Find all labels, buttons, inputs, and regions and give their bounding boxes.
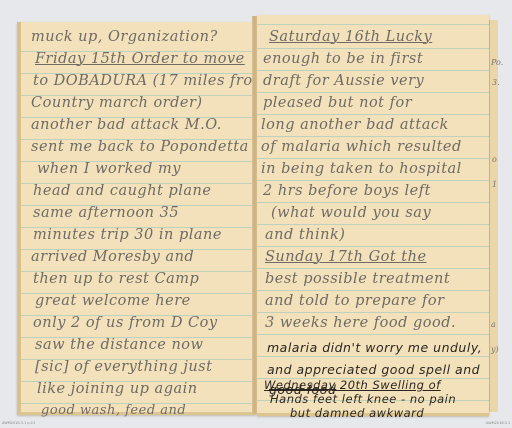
text-line: of malaria which resulted <box>261 139 462 155</box>
text-line: in being taken to hospital <box>261 161 462 177</box>
edge-mark: 1 <box>492 180 497 189</box>
date-heading: Friday 15th Order to move <box>35 51 245 67</box>
edge-mark: 3. <box>492 78 500 87</box>
left-page: muck up, Organization? Friday 15th Order… <box>17 22 256 415</box>
date-heading: Wednesday 20th Swelling of <box>264 378 441 392</box>
text-line: muck up, Organization? <box>31 29 218 45</box>
page-edge-stack: Po. 3. o 1 a y) <box>489 20 498 412</box>
text-line: pleased but not for <box>263 95 412 111</box>
text-line: 3 weeks here food good. <box>265 315 456 331</box>
text-line: head and caught plane <box>33 183 211 199</box>
text-line: [sic] of everything just <box>35 359 212 375</box>
text-line: sent me back to Popondetta <box>31 139 249 155</box>
archive-caption-left: AWM2018.3.1 p.13 <box>2 421 35 425</box>
text-line: minutes trip 30 in plane <box>33 227 222 243</box>
text-line: and think) <box>265 227 345 243</box>
text-line: arrived Moresby and <box>31 249 194 265</box>
edge-mark: o <box>492 155 497 164</box>
text-line: good wash, feed and <box>41 403 186 418</box>
edge-mark: Po. <box>491 58 503 67</box>
text-line: Country march order) <box>31 95 203 111</box>
text-line: when I worked my <box>37 161 181 177</box>
date-heading: Sunday 17th Got the <box>265 249 427 265</box>
text-line: 2 hrs before boys left <box>263 183 431 199</box>
right-page: Saturday 16th Lucky enough to be in firs… <box>257 15 489 416</box>
text-line: another bad attack M.O. <box>31 117 222 133</box>
text-line: (what would you say <box>271 205 431 221</box>
ink-text-line: but damned awkward <box>290 406 424 420</box>
text-line: to DOBADURA (17 miles from <box>33 73 267 89</box>
date-heading: Saturday 16th Lucky <box>269 29 432 45</box>
archive-caption-right: AWM2018.3.1 <box>486 421 510 425</box>
ink-text-line: and appreciated good spell and <box>267 362 480 377</box>
ink-text-line: malaria didn't worry me unduly, <box>267 340 482 355</box>
text-line: draft for Aussie very <box>263 73 424 89</box>
text-line: enough to be in first <box>263 51 423 67</box>
text-line: then up to rest Camp <box>33 271 199 287</box>
text-line: long another bad attack <box>261 117 449 133</box>
text-line: great welcome here <box>35 293 191 309</box>
text-line: best possible treatment <box>265 271 450 287</box>
edge-mark: a <box>491 320 496 329</box>
ink-text-line: Hands feet left knee - no pain <box>270 392 456 406</box>
diary-spread: muck up, Organization? Friday 15th Order… <box>0 0 512 428</box>
text-line: like joining up again <box>37 381 198 397</box>
text-line: same afternoon 35 <box>33 205 179 221</box>
text-line: saw the distance now <box>35 337 203 353</box>
edge-mark: y) <box>491 345 499 354</box>
text-line: only 2 of us from D Coy <box>33 315 218 331</box>
text-line: and told to prepare for <box>265 293 445 309</box>
